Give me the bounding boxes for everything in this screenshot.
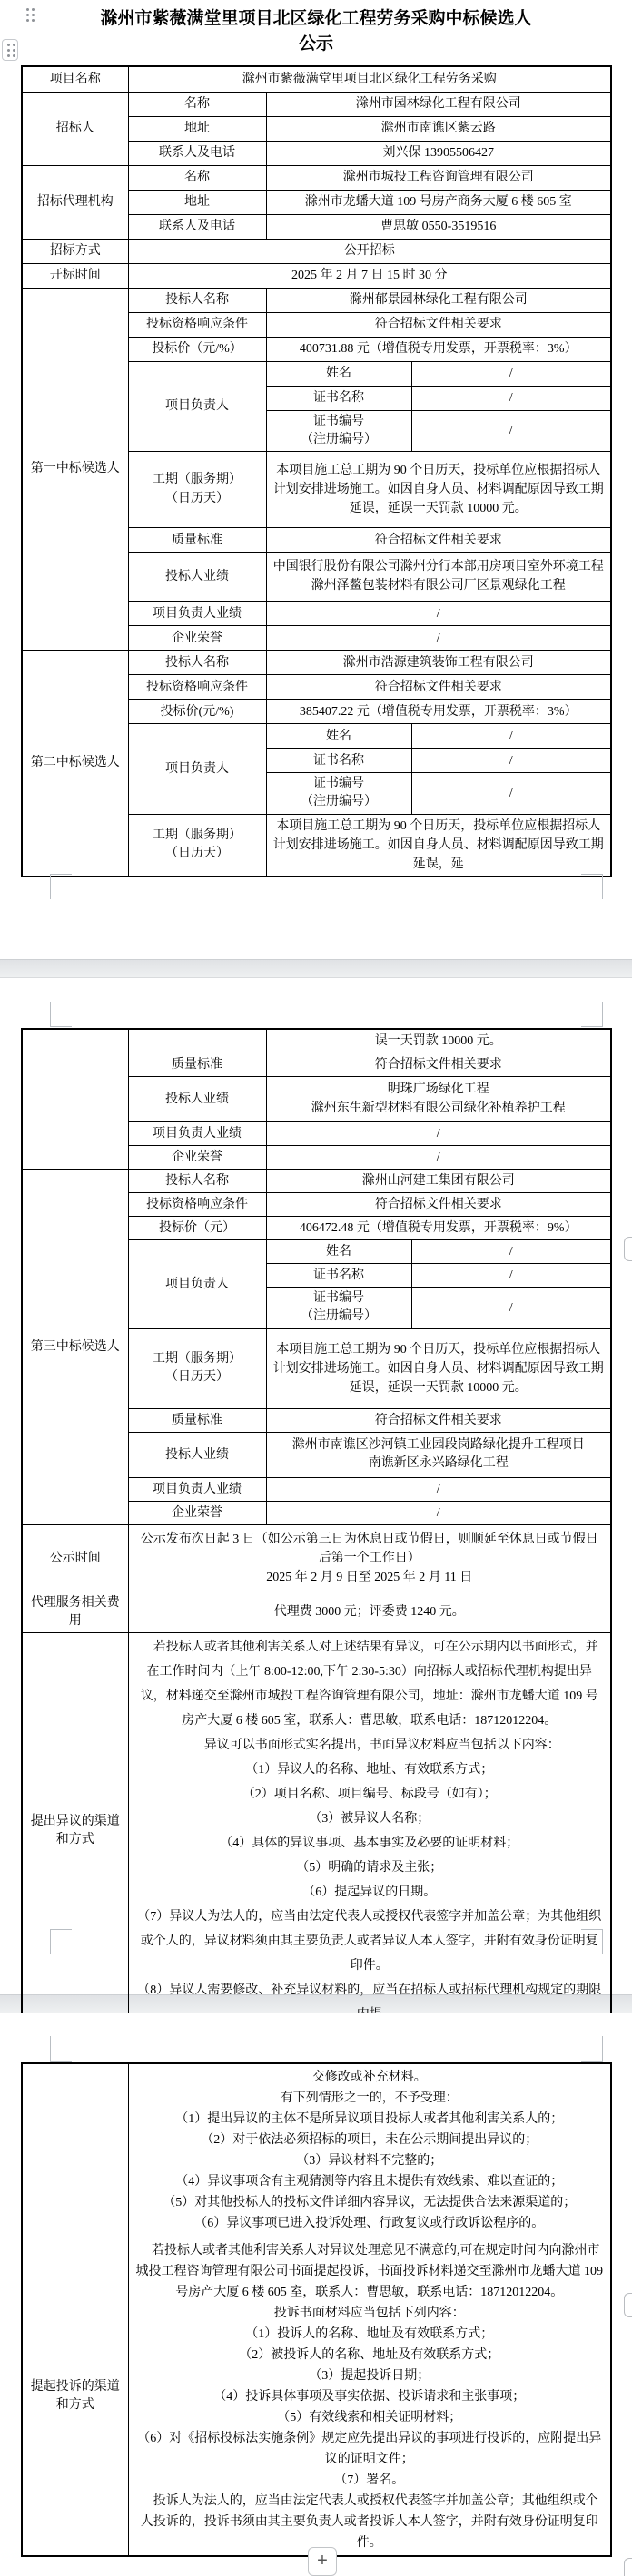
value-candidate2-manager-performance: / — [266, 1122, 611, 1146]
label-qualification: 投标资格响应条件 — [128, 1193, 266, 1217]
value-candidate2-cert-no: / — [411, 773, 611, 815]
margin-corner-mark — [50, 874, 72, 899]
objection-reject-item: （3）异议材料不完整的； — [135, 2150, 605, 2171]
objection-item: （5）明确的请求及主张； — [135, 1856, 605, 1880]
value-candidate2-cert-name: / — [411, 749, 611, 773]
objection-paragraph-3: 有下列情形之一的，不予受理： — [135, 2088, 605, 2109]
value-candidate3-honor: / — [266, 1501, 611, 1524]
value-candidate3-duration: 本项目施工总工期为 90 个日历天，投标单位应根据招标人计划安排进场施工。如因自… — [266, 1328, 611, 1408]
complaint-paragraph-3: 投诉人为法人的，应当由法定代表人或授权代表签字并加盖公章；其他组织或个人投诉的，… — [135, 2491, 605, 2553]
value-candidate2-duration-part2: 误一天罚款 10000 元。 — [266, 1029, 611, 1053]
label-duration-continued — [128, 1029, 266, 1053]
objection-item-continued: 交修改或补充材料。 — [135, 2067, 605, 2088]
value-objection-channel: 若投标人或者其他利害关系人对上述结果有异议，可在公示期内以书面形式，并在工作时间… — [128, 1633, 611, 2031]
label-manager-performance: 项目负责人业绩 — [128, 1122, 266, 1146]
value-candidate3-quality: 符合招标文件相关要求 — [266, 1408, 611, 1432]
label-project-name: 项目名称 — [22, 66, 128, 92]
label-qualification: 投标资格响应条件 — [128, 675, 266, 700]
label-manager-name: 姓名 — [266, 361, 411, 386]
edge-button-partial[interactable] — [624, 2558, 632, 2576]
value-candidate2-qualification: 符合招标文件相关要求 — [266, 675, 611, 700]
label-bidder-performance: 投标人业绩 — [128, 553, 266, 602]
label-bidder-name: 投标人名称 — [128, 651, 266, 675]
label-candidate-3: 第三中标候选人 — [22, 1170, 128, 1525]
label-tenderer: 招标人 — [22, 92, 128, 165]
margin-corner-mark — [581, 2036, 603, 2062]
announcement-table-page-1: 项目名称 滁州市紫薇满堂里项目北区绿化工程劳务采购 招标人 名称 滁州市园林绿化… — [21, 65, 612, 877]
value-candidate2-price: 385407.22 元（增值税专用发票，开票税率：3%） — [266, 700, 611, 724]
page-title-line2: 公示 — [0, 32, 632, 57]
value-candidate1-price: 400731.88 元（增值税专用发票，开票税率：3%） — [266, 337, 611, 361]
label-cert-no: 证书编号 （注册编号） — [266, 773, 411, 815]
edge-button-partial[interactable] — [624, 2293, 632, 2317]
announcement-table-page-3: 交修改或补充材料。 有下列情形之一的，不予受理： （1）提出异议的主体不是所异议… — [21, 2062, 612, 2557]
label-bidder-name: 投标人名称 — [128, 1170, 266, 1193]
label-objection-channel: 提出异议的渠道 和方式 — [22, 1633, 128, 2031]
value-candidate3-qualification: 符合招标文件相关要求 — [266, 1193, 611, 1217]
value-candidate1-performance: 中国银行股份有限公司滁州分行本部用房项目室外环境工程 滁州泽鳌包装材料有限公司厂… — [266, 553, 611, 602]
label-objection-continued — [22, 2063, 128, 2238]
value-candidate2-performance: 明珠广场绿化工程 滁州东生新型材料有限公司绿化补植养护工程 — [266, 1077, 611, 1122]
complaint-paragraph-2: 投诉书面材料应当包括下列内容： — [135, 2303, 605, 2324]
label-manager-name: 姓名 — [266, 1240, 411, 1264]
label-project-manager: 项目负责人 — [128, 1240, 266, 1329]
value-candidate1-qualification: 符合招标文件相关要求 — [266, 312, 611, 337]
value-complaint-channel: 若投标人或者其他利害关系人对异议处理意见不满意的,可在规定时间内向滁州市城投工程… — [128, 2238, 611, 2556]
page-separator — [0, 959, 632, 978]
objection-item: （4）具体的异议事项、基本事实及必要的证明材料； — [135, 1831, 605, 1856]
margin-corner-mark — [50, 1929, 72, 1954]
value-candidate2-manager-name: / — [411, 724, 611, 749]
value-agency-contact: 曹思敏 0550-3519516 — [266, 214, 611, 239]
value-candidate1-name: 滁州郁景园林绿化工程有限公司 — [266, 288, 611, 312]
complaint-item: （6）对《招标投标法实施条例》规定应先提出异议的事项进行投诉的，应附提出异议的证… — [135, 2428, 605, 2470]
label-cert-no: 证书编号 （注册编号） — [266, 1288, 411, 1329]
objection-reject-item: （2）对于依法必须招标的项目，未在公示期间提出异议的； — [135, 2130, 605, 2150]
label-quality: 质量标准 — [128, 1053, 266, 1077]
value-candidate1-manager-performance: / — [266, 602, 611, 626]
label-agency-contact: 联系人及电话 — [128, 214, 266, 239]
value-candidate1-quality: 符合招标文件相关要求 — [266, 528, 611, 553]
value-candidate3-manager-performance: / — [266, 1477, 611, 1501]
page-1: 滁州市紫薇满堂里项目北区绿化工程劳务采购中标候选人 公示 项目名称 滁州市紫薇满… — [0, 0, 632, 959]
label-honor: 企业荣誉 — [128, 1146, 266, 1170]
value-agency-address: 滁州市龙蟠大道 109 号房产商务大厦 6 楼 605 室 — [266, 190, 611, 214]
value-candidate1-manager-name: / — [411, 361, 611, 386]
label-agency-address: 地址 — [128, 190, 266, 214]
objection-paragraph-1: 若投标人或者其他利害关系人对上述结果有异议，可在公示期内以书面形式，并在工作时间… — [135, 1635, 605, 1733]
label-bidder-performance: 投标人业绩 — [128, 1432, 266, 1477]
complaint-item: （1）投诉人的名称、地址及有效联系方式； — [135, 2324, 605, 2345]
label-tenderer-address: 地址 — [128, 116, 266, 141]
page-2: 误一天罚款 10000 元。 质量标准 符合招标文件相关要求 投标人业绩 明珠广… — [0, 978, 632, 1994]
objection-item: （6）提起异议的日期。 — [135, 1880, 605, 1905]
value-candidate3-name: 滁州山河建工集团有限公司 — [266, 1170, 611, 1193]
value-agency-fee: 代理费 3000 元；评委费 1240 元。 — [128, 1592, 611, 1633]
complaint-item: （5）有效线索和相关证明材料； — [135, 2407, 605, 2428]
objection-item: （1）异议人的名称、地址、有效联系方式； — [135, 1758, 605, 1782]
value-candidate1-cert-no: / — [411, 410, 611, 452]
label-candidate2-price: 投标价(元/%) — [128, 700, 266, 724]
label-duration: 工期（服务期） （日历天） — [128, 814, 266, 877]
objection-paragraph-2: 异议可以书面形式实名提出，书面异议材料应当包括以下内容： — [135, 1733, 605, 1758]
edge-button-partial[interactable] — [624, 1237, 632, 1261]
objection-reject-item: （6）异议事项已进入投诉处理、行政复议或行政诉讼程序的。 — [135, 2213, 605, 2234]
label-cert-name: 证书名称 — [266, 749, 411, 773]
complaint-item: （7）署名。 — [135, 2470, 605, 2491]
objection-item: （7）异议人为法人的，应当由法定代表人或授权代表签字并加盖公章；为其他组织或个人… — [135, 1905, 605, 1978]
complaint-item: （4）投诉具体事项及事实依据、投诉请求和主张事项； — [135, 2386, 605, 2407]
label-project-manager: 项目负责人 — [128, 724, 266, 815]
objection-reject-item: （4）异议事项含有主观猜测等内容且未提供有效线索、难以查证的； — [135, 2171, 605, 2192]
value-candidate3-cert-name: / — [411, 1264, 611, 1288]
value-bid-method: 公开招标 — [128, 239, 611, 263]
margin-corner-mark — [50, 1002, 72, 1027]
complaint-item: （3）提起投诉日期； — [135, 2365, 605, 2386]
label-cert-name: 证书名称 — [266, 1264, 411, 1288]
label-manager-performance: 项目负责人业绩 — [128, 1477, 266, 1501]
page-3: 交修改或补充材料。 有下列情形之一的，不予受理： （1）提出异议的主体不是所异议… — [0, 2013, 632, 2576]
value-candidate1-cert-name: / — [411, 386, 611, 410]
label-tenderer-name: 名称 — [128, 92, 266, 116]
objection-item: （3）被异议人名称； — [135, 1807, 605, 1831]
margin-corner-mark — [50, 2036, 72, 2062]
document-canvas: { "title": { "line1": "滁州市紫薇满堂里项目北区绿化工程劳… — [0, 0, 632, 2576]
label-candidate-2: 第二中标候选人 — [22, 651, 128, 877]
value-candidate3-manager-name: / — [411, 1240, 611, 1264]
label-candidate3-price: 投标价（元） — [128, 1217, 266, 1240]
announcement-table-page-2: 误一天罚款 10000 元。 质量标准 符合招标文件相关要求 投标人业绩 明珠广… — [21, 1028, 612, 2031]
plus-button[interactable]: + — [308, 2547, 337, 2576]
value-candidate2-honor: / — [266, 1146, 611, 1170]
label-cert-no: 证书编号 （注册编号） — [266, 410, 411, 452]
value-candidate2-name: 滁州市浩源建筑装饰工程有限公司 — [266, 651, 611, 675]
value-candidate1-duration: 本项目施工总工期为 90 个日历天，投标单位应根据招标人计划安排进场施工。如因自… — [266, 452, 611, 528]
label-cert-name: 证书名称 — [266, 386, 411, 410]
objection-reject-item: （5）对其他投标人的投标文件详细内容异议，无法提供合法来源渠道的； — [135, 2192, 605, 2213]
label-duration: 工期（服务期） （日历天） — [128, 452, 266, 528]
label-qualification: 投标资格响应条件 — [128, 312, 266, 337]
margin-corner-mark — [581, 874, 603, 899]
margin-corner-mark — [581, 1002, 603, 1027]
complaint-item: （2）被投诉人的名称、地址及有效联系方式； — [135, 2345, 605, 2365]
value-agency-name: 滁州市城投工程咨询管理有限公司 — [266, 165, 611, 190]
value-publicity-time: 公示发布次日起 3 日（如公示第三日为休息日或节假日，则顺延至休息日或节假日后第… — [128, 1524, 611, 1592]
value-open-time: 2025 年 2 月 7 日 15 时 30 分 — [128, 263, 611, 288]
label-manager-performance: 项目负责人业绩 — [128, 602, 266, 626]
label-tenderer-contact: 联系人及电话 — [128, 141, 266, 165]
label-project-manager: 项目负责人 — [128, 361, 266, 452]
label-bidder-name: 投标人名称 — [128, 288, 266, 312]
label-candidate1-price: 投标价（元/%） — [128, 337, 266, 361]
label-agency-fee: 代理服务相关费 用 — [22, 1592, 128, 1633]
label-candidate-2-continued — [22, 1029, 128, 1170]
label-publicity-time: 公示时间 — [22, 1524, 128, 1592]
value-candidate2-duration-part1: 本项目施工总工期为 90 个日历天，投标单位应根据招标人计划安排进场施工。如因自… — [266, 814, 611, 877]
label-bid-method: 招标方式 — [22, 239, 128, 263]
label-agency-name: 名称 — [128, 165, 266, 190]
value-tenderer-address: 滁州市南谯区紫云路 — [266, 116, 611, 141]
label-duration: 工期（服务期） （日历天） — [128, 1328, 266, 1408]
margin-corner-mark — [581, 1929, 603, 1954]
label-open-time: 开标时间 — [22, 263, 128, 288]
label-candidate-1: 第一中标候选人 — [22, 288, 128, 651]
value-candidate2-quality: 符合招标文件相关要求 — [266, 1053, 611, 1077]
label-quality: 质量标准 — [128, 1408, 266, 1432]
value-tenderer-name: 滁州市园林绿化工程有限公司 — [266, 92, 611, 116]
page-title-line1: 滁州市紫薇满堂里项目北区绿化工程劳务采购中标候选人 — [0, 6, 632, 32]
label-complaint-channel: 提起投诉的渠道 和方式 — [22, 2238, 128, 2556]
value-candidate1-honor: / — [266, 626, 611, 651]
objection-reject-item: （1）提出异议的主体不是所异议项目投标人或者其他利害关系人的； — [135, 2109, 605, 2130]
objection-item: （2）项目名称、项目编号、标段号（如有）； — [135, 1782, 605, 1807]
value-candidate3-price: 406472.48 元（增值税专用发票，开票税率：9%） — [266, 1217, 611, 1240]
value-candidate3-performance: 滁州市南谯区沙河镇工业园段岗路绿化提升工程项目 南谯新区永兴路绿化工程 — [266, 1432, 611, 1477]
label-bidder-performance: 投标人业绩 — [128, 1077, 266, 1122]
complaint-paragraph-1: 若投标人或者其他利害关系人对异议处理意见不满意的,可在规定时间内向滁州市城投工程… — [135, 2240, 605, 2303]
value-project-name: 滁州市紫薇满堂里项目北区绿化工程劳务采购 — [128, 66, 611, 92]
value-objection-continued: 交修改或补充材料。 有下列情形之一的，不予受理： （1）提出异议的主体不是所异议… — [128, 2063, 611, 2238]
label-honor: 企业荣誉 — [128, 626, 266, 651]
label-agency: 招标代理机构 — [22, 165, 128, 239]
value-candidate3-cert-no: / — [411, 1288, 611, 1329]
label-manager-name: 姓名 — [266, 724, 411, 749]
label-quality: 质量标准 — [128, 528, 266, 553]
value-tenderer-contact: 刘兴保 13905506427 — [266, 141, 611, 165]
label-honor: 企业荣誉 — [128, 1501, 266, 1524]
page-title: 滁州市紫薇满堂里项目北区绿化工程劳务采购中标候选人 公示 — [0, 6, 632, 57]
